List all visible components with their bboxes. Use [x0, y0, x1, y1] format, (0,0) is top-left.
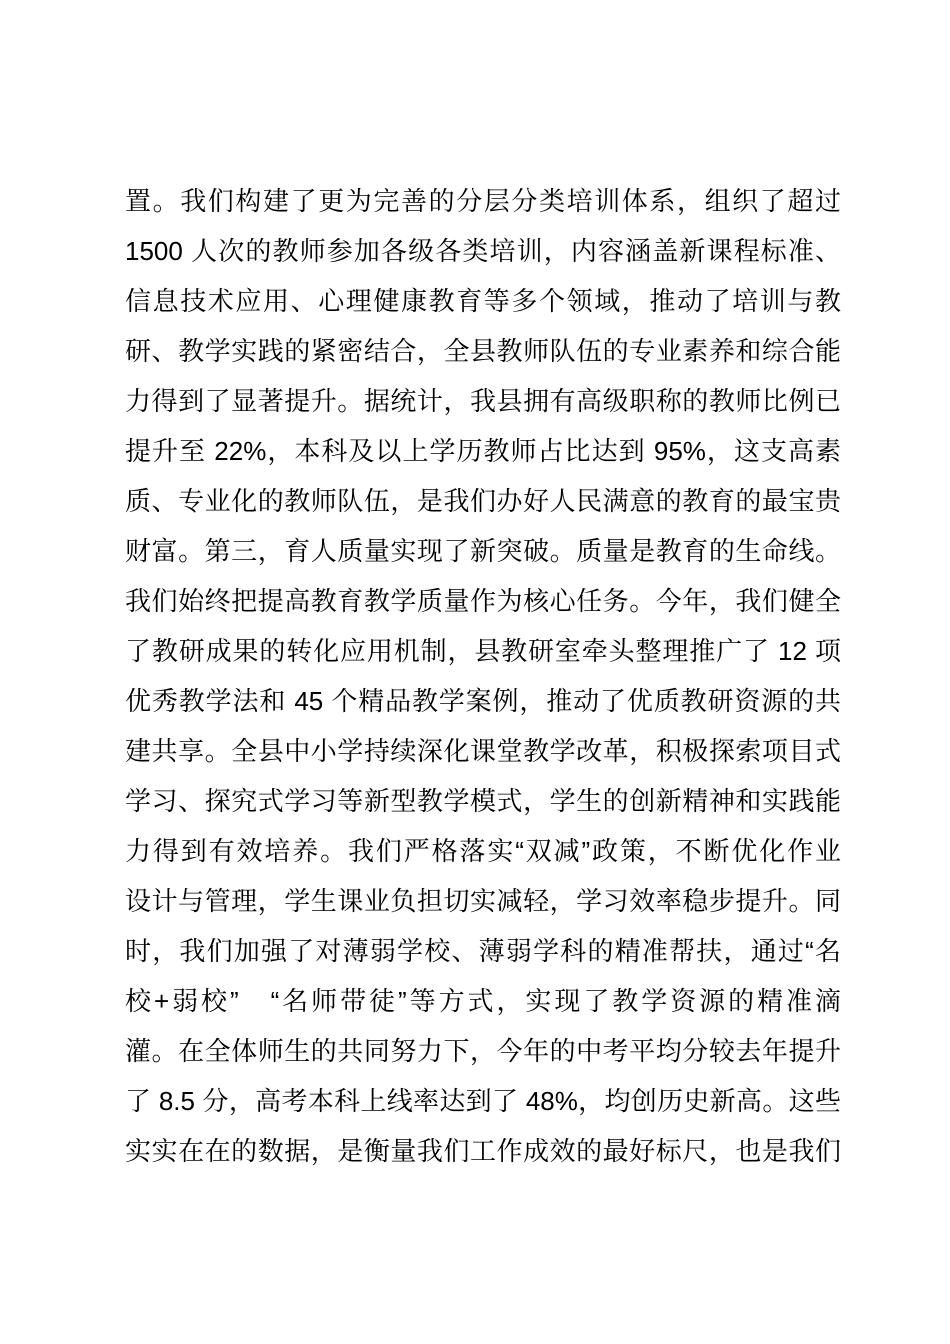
paragraph-text-block: 置。我们构建了更为完善的分层分类培训体系，组织了超过 1500 人次的教师参加各… — [125, 176, 841, 1176]
text-line: 提升至 22%，本科及以上学历教师占比达到 95%，这支高素 — [125, 426, 841, 476]
document-page: 置。我们构建了更为完善的分层分类培训体系，组织了超过 1500 人次的教师参加各… — [0, 0, 950, 1344]
text-line: 了教研成果的转化应用机制，县教研室牵头整理推广了 12 项 — [125, 626, 841, 676]
text-line: 学习、探究式学习等新型教学模式，学生的创新精神和实践能 — [125, 776, 841, 826]
text-line: 建共享。全县中小学持续深化课堂教学改革，积极探索项目式 — [125, 726, 841, 776]
text-line: 设计与管理，学生课业负担切实减轻，学习效率稳步提升。同 — [125, 876, 841, 926]
text-line: 时，我们加强了对薄弱学校、薄弱学科的精准帮扶，通过“名 — [125, 926, 841, 976]
text-line: 力得到了显著提升。据统计，我县拥有高级职称的教师比例已 — [125, 376, 841, 426]
text-line: 质、专业化的教师队伍，是我们办好人民满意的教育的最宝贵 — [125, 476, 841, 526]
text-line: 我们始终把提高教育教学质量作为核心任务。今年，我们健全 — [125, 576, 841, 626]
text-line: 实实在在的数据，是衡量我们工作成效的最好标尺，也是我们 — [125, 1126, 841, 1176]
text-line: 研、教学实践的紧密结合，全县教师队伍的专业素养和综合能 — [125, 326, 841, 376]
text-line: 优秀教学法和 45 个精品教学案例，推动了优质教研资源的共 — [125, 676, 841, 726]
text-line: 力得到有效培养。我们严格落实“双减”政策，不断优化作业 — [125, 826, 841, 876]
text-line: 灌。在全体师生的共同努力下，今年的中考平均分较去年提升 — [125, 1026, 841, 1076]
text-line: 置。我们构建了更为完善的分层分类培训体系，组织了超过 — [125, 176, 841, 226]
text-line: 校+弱校” “名师带徒”等方式，实现了教学资源的精准滴 — [125, 976, 841, 1026]
text-line: 1500 人次的教师参加各级各类培训，内容涵盖新课程标准、 — [125, 226, 841, 276]
text-line: 了 8.5 分，高考本科上线率达到了 48%，均创历史新高。这些 — [125, 1076, 841, 1126]
text-line: 财富。第三，育人质量实现了新突破。质量是教育的生命线。 — [125, 526, 841, 576]
text-line: 信息技术应用、心理健康教育等多个领域，推动了培训与教 — [125, 276, 841, 326]
